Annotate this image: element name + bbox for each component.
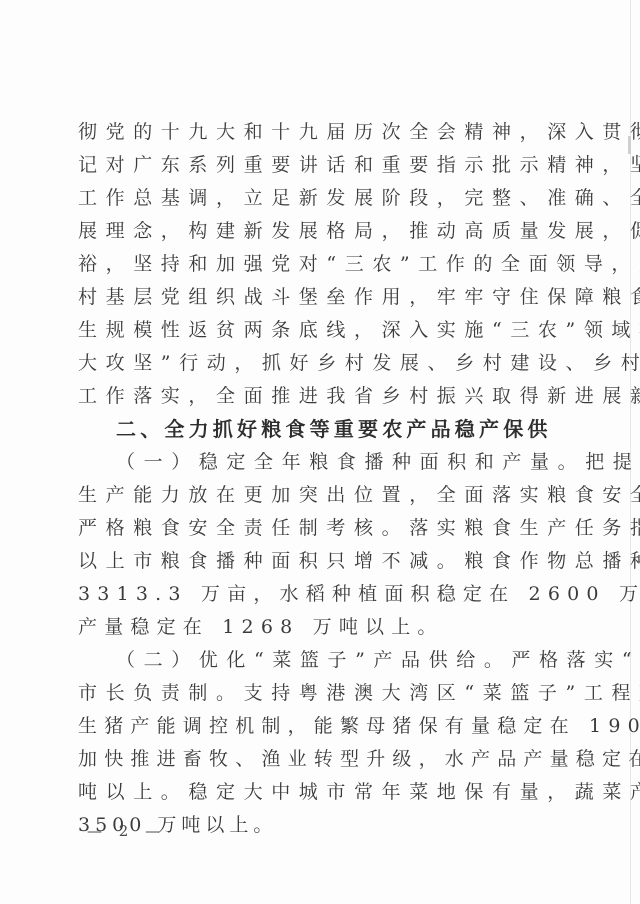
subsection-grain-production: （一）稳定全年粮食播种面积和产量。把提高粮食综合 生产能力放在更加突出位置，全面… <box>78 446 556 644</box>
text-line: 吨以上。稳定大中城市常年菜地保有量，蔬菜产量稳定在 <box>78 776 556 809</box>
subsection-title-line: （二）优化“菜篮子”产品供给。严格落实“菜篮子” <box>78 644 556 677</box>
text-line: 彻党的十九大和十九届历次全会精神，深入贯彻习近平总书 <box>78 116 556 149</box>
text-line: 村基层党组织战斗堡垒作用，牢牢守住保障粮食安全和不发 <box>78 281 556 314</box>
document-page: 彻党的十九大和十九届历次全会精神，深入贯彻习近平总书 记对广东系列重要讲话和重要… <box>0 0 640 904</box>
text-line: 生产能力放在更加突出位置，全面落实粮食安全党政同责， <box>78 479 556 512</box>
text-line: 工作落实，全面推进我省乡村振兴取得新进展新成效。 <box>78 380 556 413</box>
subsection-vegetable-basket: （二）优化“菜篮子”产品供给。严格落实“菜篮子” 市长负责制。支持粤港澳大湾区“… <box>78 644 556 842</box>
section-heading: 二、全力抓好粮食等重要农产品稳产保供 <box>78 413 556 446</box>
text-line: 大攻坚”行动，抓好乡村发展、乡村建设、乡村治理等重点 <box>78 347 556 380</box>
text-line: 以上市粮食播种面积只增不减。粮食作物总播种面积不低于 <box>78 545 556 578</box>
paragraph-intro: 彻党的十九大和十九届历次全会精神，深入贯彻习近平总书 记对广东系列重要讲话和重要… <box>78 116 556 413</box>
subsection-title-line: （一）稳定全年粮食播种面积和产量。把提高粮食综合 <box>78 446 556 479</box>
text-line: 展理念，构建新发展格局，推动高质量发展，促进共同富 <box>78 215 556 248</box>
text-line: 产量稳定在 1268 万吨以上。 <box>78 611 556 644</box>
text-line: 生猪产能调控机制，能繁母猪保有量稳定在 190 万头左右。 <box>78 710 556 743</box>
document-body: 彻党的十九大和十九届历次全会精神，深入贯彻习近平总书 记对广东系列重要讲话和重要… <box>78 116 556 842</box>
page-number: — 2 — <box>87 822 166 840</box>
text-line: 裕，坚持和加强党对“三农”工作的全面领导，充分发挥农 <box>78 248 556 281</box>
text-line: 严格粮食安全责任制考核。落实粮食生产任务指标，各地级 <box>78 512 556 545</box>
text-line: 加快推进畜牧、渔业转型升级，水产品产量稳定在 890 万 <box>78 743 556 776</box>
text-line: 3313.3 万亩，水稻种植面积稳定在 2600 万亩以上，粮食总 <box>78 578 556 611</box>
text-line: 工作总基调，立足新发展阶段，完整、准确、全面贯彻新发 <box>78 182 556 215</box>
text-line: 市长负责制。支持粤港澳大湾区“菜篮子”工程建设。建立 <box>78 677 556 710</box>
text-line: 记对广东系列重要讲话和重要指示批示精神，坚持稳中求进 <box>78 149 556 182</box>
text-line: 生规模性返贫两条底线，深入实施“三农”领域补短板“九 <box>78 314 556 347</box>
